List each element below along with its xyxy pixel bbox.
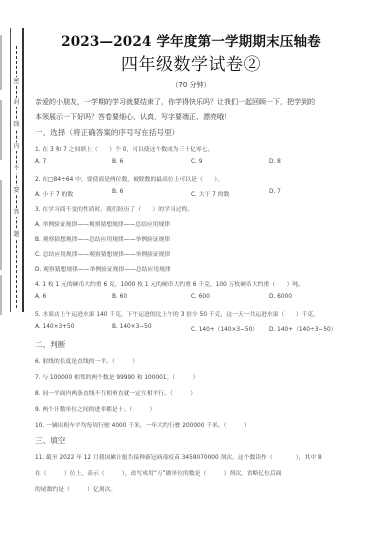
q5-option-c: C. 140+（140×3−50） [191, 324, 258, 333]
question-1: 1. 在 3 和 7 之间填上（ ）个 0，可以使这个数成为三十亿零七。 [35, 144, 213, 153]
section-heading-true-false: 二、判断 [35, 339, 65, 350]
exam-page: 密 封 线 内 不 要 答 题 2023—2024 学年度第一学期期末压轴卷 四… [0, 0, 382, 540]
judge-item-10: 10. 一辆出租车平均每周行驶 4000 千米，一年大约行驶 200000 千米… [35, 420, 250, 429]
judge-item-7: 7. 与 100000 相邻的两个数是 99990 和 100001。（ ） [35, 372, 198, 381]
q2-option-b: B. 6 [112, 189, 123, 195]
q4-option-d: D. 6000 [269, 294, 292, 300]
q3-option-a: A. 举例验证规律——观察猜想规律——总结应用规律 [35, 219, 170, 228]
binding-char: 线 [12, 120, 21, 129]
question-11-line-1: 11. 截至 2022 年 12 月我国累计报告接种新冠病毒疫苗 3458070… [35, 452, 322, 461]
judge-item-9: 9. 两个计数单位之间的进率都是十。（ ） [35, 404, 155, 413]
binding-char: 答 [12, 208, 21, 217]
exam-duration: （70 分钟） [0, 80, 382, 90]
binding-char: 不 [12, 164, 21, 173]
question-5: 5. 水果店上午运进水果 140 千克，下午运进的比上午的 3 倍少 50 千克… [35, 309, 319, 318]
q3-option-c: C. 总结应用规律——观察猜想规律——举例验证规律 [35, 249, 170, 258]
q1-option-c: C. 9 [191, 159, 202, 165]
q2-option-d: D. 7 [269, 189, 281, 195]
binding-char: 要 [12, 186, 21, 195]
q3-option-d: D. 观察猜想规律——举例验证规律——总结应用规律 [35, 264, 171, 273]
q1-option-b: B. 6 [112, 159, 123, 165]
q5-option-a: A. 140×3+50 [35, 324, 74, 330]
section-heading-fill-in: 三、填空 [35, 435, 65, 446]
section-heading-choice: 一、选择（将正确答案的序号写在括号里） [35, 127, 179, 138]
edge-strip [0, 180, 2, 270]
question-3: 3. 在学习商不变的性质时，我们经历了（ ）的学习过程。 [35, 204, 193, 213]
q2-option-a: A. 小于 7 的数 [35, 189, 73, 198]
q5-option-d: D. 140+（140÷3−50） [269, 324, 337, 333]
intro-line-1: 亲爱的小朋友，一学期的学习就要结束了，你学得快乐吗？让我们一起回顾一下，把学到的 [35, 97, 315, 107]
binding-char: 内 [12, 142, 21, 151]
exam-title-line1: 2023—2024 学年度第一学期期末压轴卷 [0, 30, 382, 50]
q5-option-b: B. 140×3−50 [112, 324, 152, 330]
judge-item-8: 8. 同一平面内两条直线不互相垂直就一定互相平行。（ ） [35, 388, 196, 397]
q3-option-b: B. 观察猜想规律——总结应用规律——举例验证规律 [35, 234, 170, 243]
q2-option-c: C. 大于 7 的数 [191, 189, 229, 198]
binding-char: 封 [12, 98, 21, 107]
question-4: 4. 1 枚 1 元的硬币大约重 6 克，1000 枚 1 元的硬币大约重 6 … [35, 279, 304, 288]
q1-option-a: A. 7 [35, 159, 46, 165]
binding-char: 题 [12, 230, 21, 239]
exam-title-line2: 四年级数学试卷② [0, 50, 382, 75]
q4-option-a: A. 6 [35, 294, 46, 300]
q1-option-d: D. 8 [269, 159, 281, 165]
question-11-line-2: 在（ ）位上，表示（ ），改写成用“万”做单位的数是（ ）剂次，省略亿位后面 [35, 468, 282, 477]
q4-option-c: C. 600 [191, 294, 210, 300]
intro-line-2: 本领展示一下好吗？答卷要细心、认真，写字要端正、漂亮哦！ [35, 112, 231, 122]
edge-strip [0, 275, 2, 315]
question-11-line-3: 的尾数约是（ ）亿剂次。 [35, 484, 116, 493]
q4-option-b: B. 60 [112, 294, 127, 300]
judge-item-6: 6. 射线的长度是直线的一半。（ ） [35, 356, 138, 365]
question-2: 2. 在□84÷64 中，要使商是两位数，被除数的最高位上可以是（ ）。 [35, 174, 223, 183]
edge-strip [0, 100, 2, 160]
